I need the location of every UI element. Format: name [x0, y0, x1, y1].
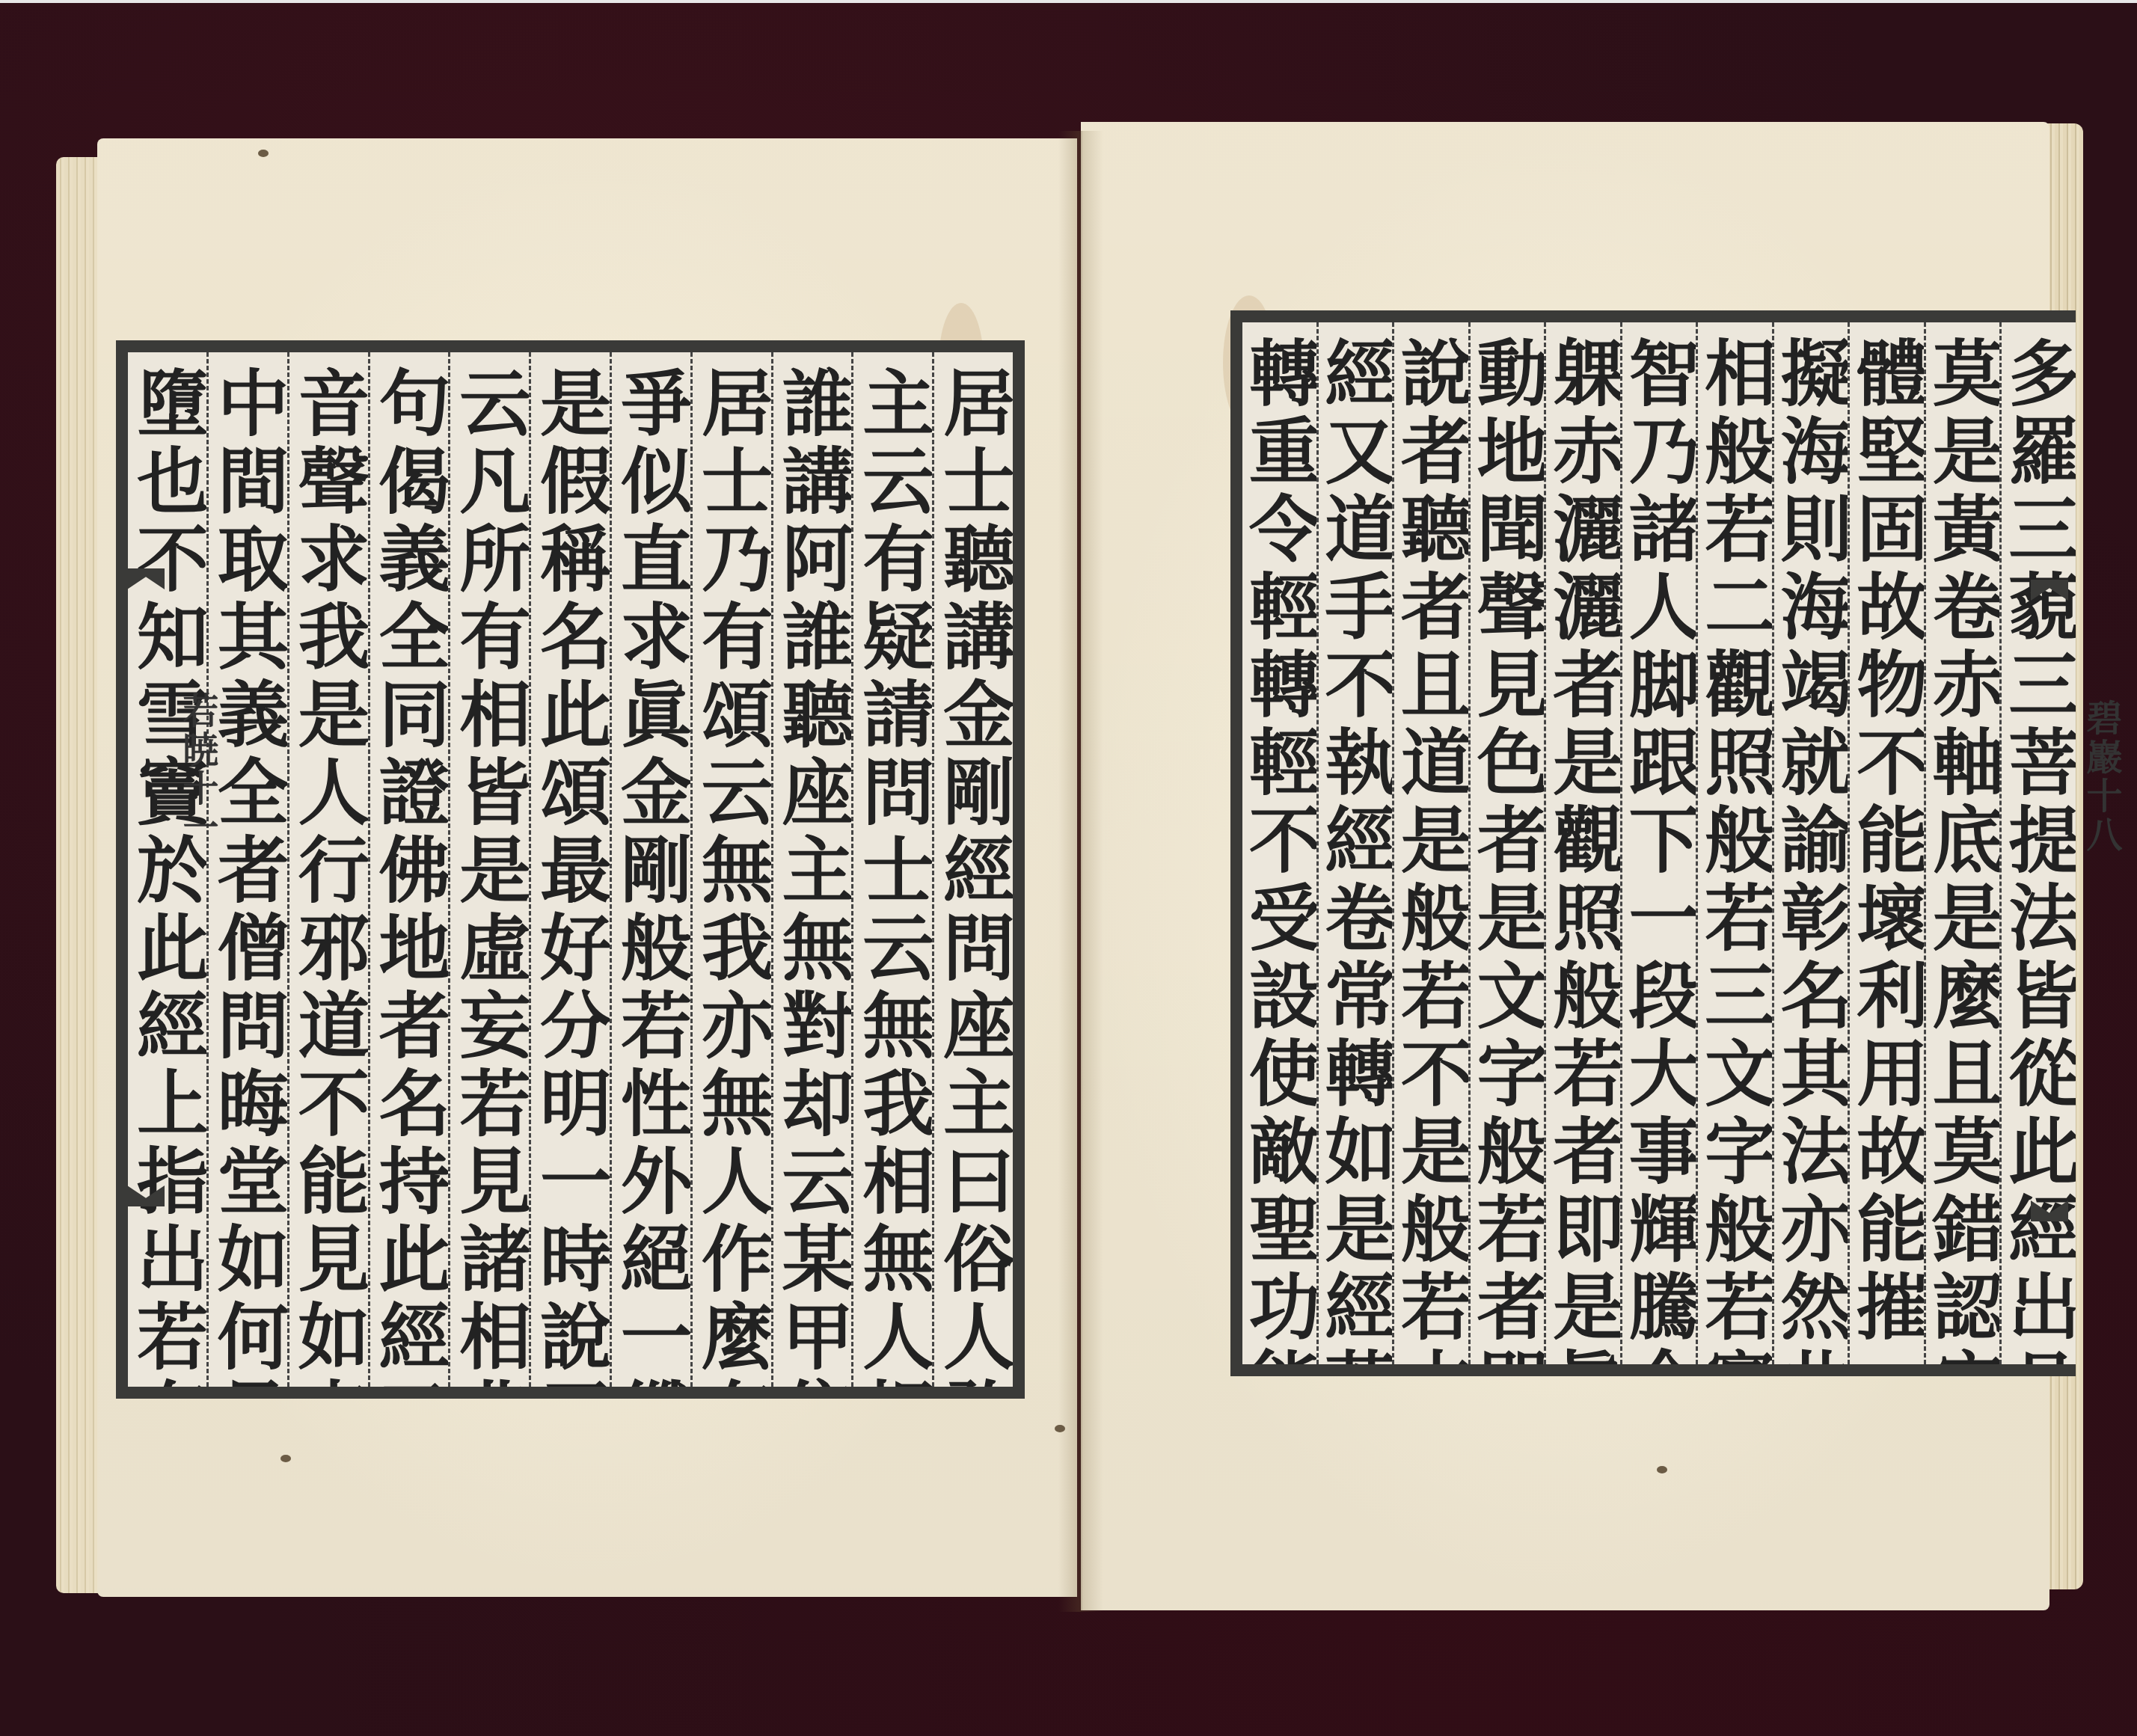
text-column: 擬海則海竭就諭彰名其法亦然此般若有三種一實	[1772, 322, 1848, 1364]
wormhole	[258, 150, 269, 157]
text-column: 智乃諸人脚跟下一段大事輝騰今古迥絕知見淨躶	[1620, 322, 1696, 1364]
block-heart-label: 碧巖十八	[2076, 699, 2127, 855]
text-column: 莫是黃卷赤軸底是麼且莫錯認定盤星金剛諭於法	[1924, 322, 2000, 1364]
book-gutter	[1058, 131, 1103, 1612]
wormhole	[1657, 1466, 1667, 1473]
text-column: 轉重令輕轉輕不受設使敵聖功能未爲奇特不見龐	[1242, 322, 1316, 1364]
text-column: 是假稱名此頌最好分明一時說了也圭峯科四句偈	[529, 352, 610, 1387]
text-column: 居士乃有頌云無我亦無人作麼有疎親勸君休歷座	[690, 352, 771, 1387]
text-column: 句偈義全同證佛地者名持此經又道若以色見我以	[368, 352, 449, 1387]
text-column: 相般若二觀照般若三文字般若實相般若者即是眞	[1696, 322, 1772, 1364]
text-column: 躶赤灑灑者是觀照般若者即是眞境二六時中放光	[1544, 322, 1620, 1364]
text-column: 主云有疑請問士云無我相無人相既無我人相教阿	[851, 352, 932, 1387]
text-column: 墮也不知雪竇於此經上指出若有人持此經者即是	[128, 352, 206, 1387]
text-column: 居士聽講金剛經問座主曰俗人敢有小問不知如何	[932, 352, 1013, 1387]
text-column: 音聲求我是人行邪道不能見如來此亦是四句偈但	[287, 352, 368, 1387]
block-heart-label: 若暁十一	[172, 692, 224, 847]
right-columns: 多羅三藐三菩提法皆從此經出且道喚什麼作此經 莫是黃卷赤軸底是麼且莫錯認定盤星金剛…	[1242, 322, 2076, 1364]
wormhole	[1055, 1425, 1065, 1432]
text-column: 體堅固故物不能壞利用故能摧一切物擬山則山摧	[1848, 322, 1924, 1364]
text-column: 誰講阿誰聽座主無對却云某甲依文解義不知此意	[771, 352, 852, 1387]
open-book: 居士聽講金剛經問座主曰俗人敢有小問不知如何 主云有疑請問士云無我相無人相既無我人…	[56, 116, 2083, 1619]
wormhole	[280, 1455, 291, 1462]
text-column: 經又道手不執經卷常轉如是經若據此經靈驗何止	[1316, 322, 1393, 1364]
right-text-block: 多羅三藐三菩提法皆從此經出且道喚什麼作此經 莫是黃卷赤軸底是麼且莫錯認定盤星金剛…	[1230, 310, 2076, 1376]
left-columns: 居士聽講金剛經問座主曰俗人敢有小問不知如何 主云有疑請問士云無我相無人相既無我人…	[128, 352, 1013, 1387]
text-column: 爭似直求眞金剛般若性外絕一纖塵我聞并信受總	[610, 352, 690, 1387]
left-text-block: 居士聽講金剛經問座主曰俗人敢有小問不知如何 主云有疑請問士云無我相無人相既無我人…	[116, 340, 1025, 1399]
text-column: 動地聞聲見色者是文字般若者即能詮文字即如今	[1468, 322, 1545, 1364]
text-column: 說者聽者且道是般若不是般若古人道人人有一卷	[1392, 322, 1468, 1364]
text-column: 中間取其義全者僧問晦堂如何是四句偈晦堂云話	[206, 352, 287, 1387]
text-column: 云凡所有相皆是虛妄若見諸相非相即見如來此四	[448, 352, 529, 1387]
